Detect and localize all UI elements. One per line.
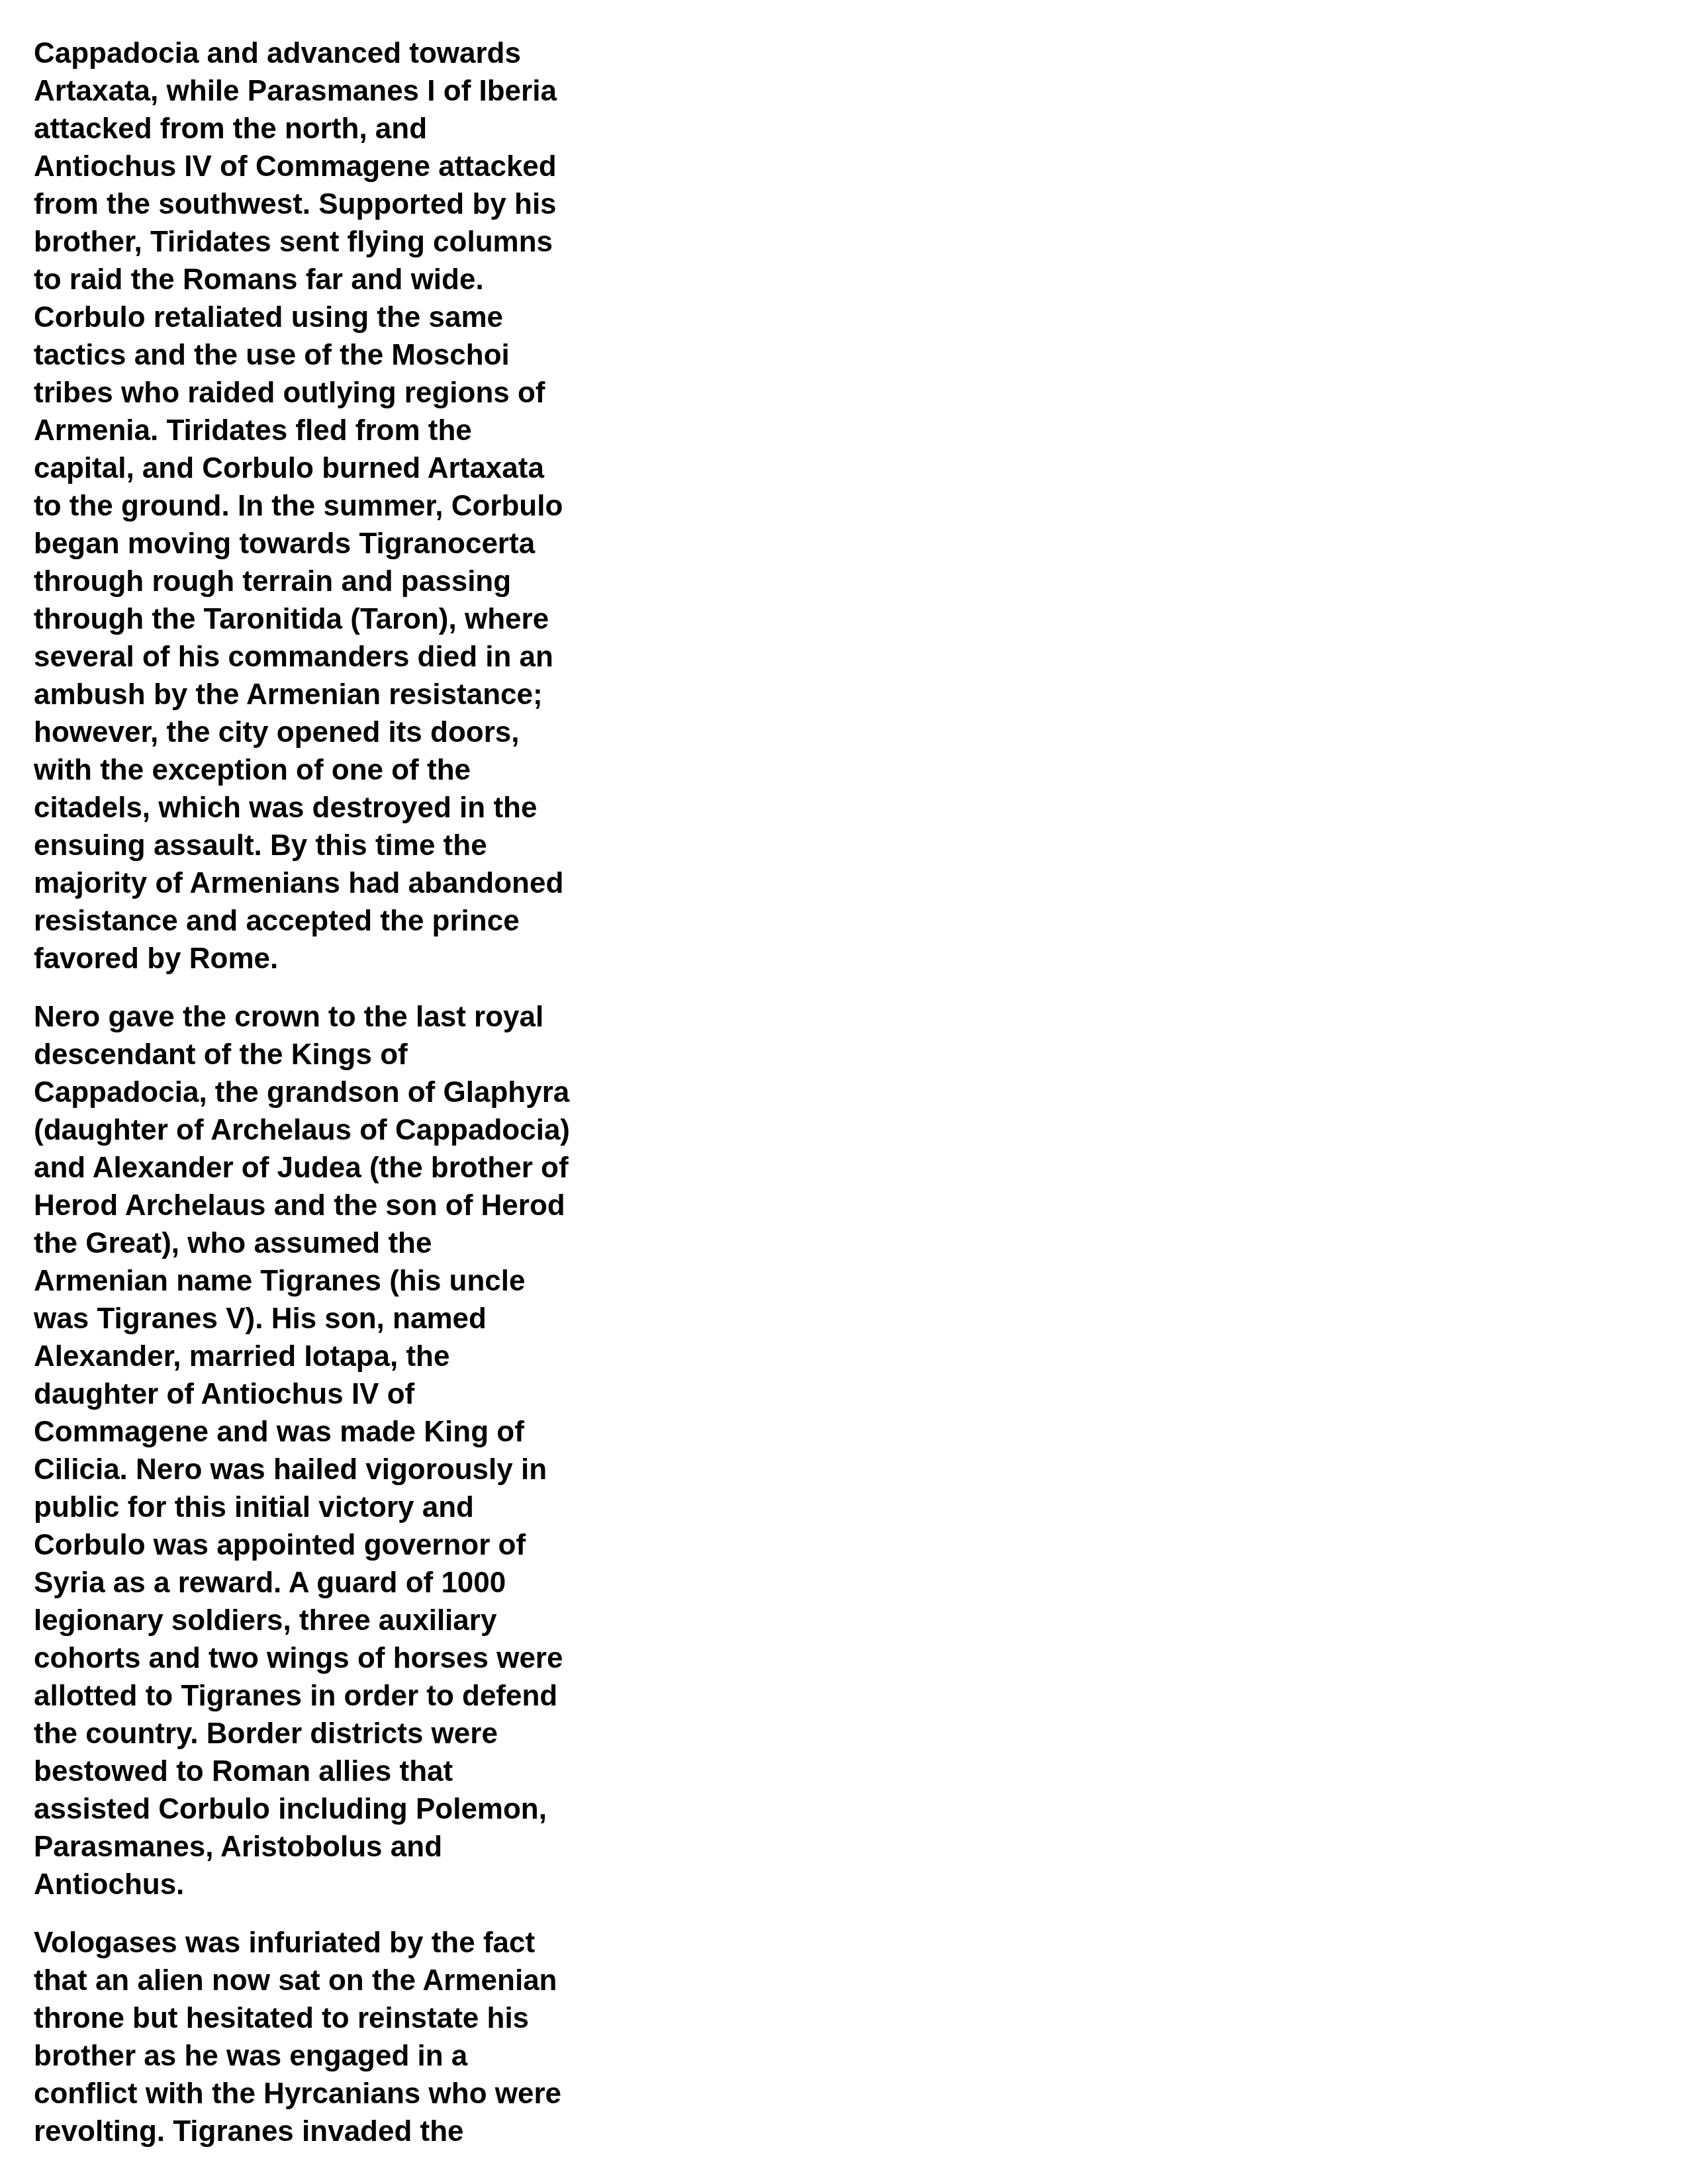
text-line: and Alexander of Judea (the brother of (34, 1149, 630, 1187)
text-line: cohorts and two wings of horses were (34, 1639, 630, 1677)
text-line: through the Taronitida (Taron), where (34, 600, 630, 638)
text-line: ensuing assault. By this time the (34, 827, 630, 864)
text-line: revolting. Tigranes invaded the (34, 2113, 630, 2150)
text-line: several of his commanders died in an (34, 638, 630, 676)
paragraph-3: Vologases was infuriated by the fact tha… (34, 1924, 630, 2150)
text-line: Corbulo retaliated using the same (34, 298, 630, 336)
text-line: citadels, which was destroyed in the (34, 789, 630, 827)
text-line: Vologases was infuriated by the fact (34, 1924, 630, 1962)
text-line: resistance and accepted the prince (34, 902, 630, 940)
text-line: bestowed to Roman allies that (34, 1752, 630, 1790)
text-line: Nero gave the crown to the last royal (34, 998, 630, 1036)
text-line: Antiochus. (34, 1866, 630, 1903)
text-line: to the ground. In the summer, Corbulo (34, 487, 630, 525)
text-line: throne but hesitated to reinstate his (34, 1999, 630, 2037)
text-line: brother, Tiridates sent flying columns (34, 223, 630, 261)
text-line: Corbulo was appointed governor of (34, 1526, 630, 1564)
text-line: allotted to Tigranes in order to defend (34, 1677, 630, 1715)
text-line: Commagene and was made King of (34, 1413, 630, 1451)
text-line: ambush by the Armenian resistance; (34, 676, 630, 713)
text-line: Alexander, married Iotapa, the (34, 1338, 630, 1375)
text-line: public for this initial victory and (34, 1488, 630, 1526)
text-line: brother as he was engaged in a (34, 2037, 630, 2075)
text-line: favored by Rome. (34, 940, 630, 978)
document-page: Cappadocia and advanced towards Artaxata… (34, 34, 630, 2171)
text-line: majority of Armenians had abandoned (34, 864, 630, 902)
paragraph-2: Nero gave the crown to the last royal de… (34, 998, 630, 1903)
text-line: Herod Archelaus and the son of Herod (34, 1187, 630, 1224)
text-line: Parasmanes, Aristobolus and (34, 1828, 630, 1866)
text-line: began moving towards Tigranocerta (34, 525, 630, 563)
text-line: assisted Corbulo including Polemon, (34, 1790, 630, 1828)
text-line: (daughter of Archelaus of Cappadocia) (34, 1111, 630, 1149)
text-line: Artaxata, while Parasmanes I of Iberia (34, 72, 630, 110)
text-line: was Tigranes V). His son, named (34, 1300, 630, 1338)
paragraph-1: Cappadocia and advanced towards Artaxata… (34, 34, 630, 978)
text-line: Antiochus IV of Commagene attacked (34, 148, 630, 185)
text-line: the country. Border districts were (34, 1715, 630, 1752)
text-line: Cilicia. Nero was hailed vigorously in (34, 1451, 630, 1488)
text-line: with the exception of one of the (34, 751, 630, 789)
text-line: capital, and Corbulo burned Artaxata (34, 449, 630, 487)
text-line: descendant of the Kings of (34, 1036, 630, 1073)
text-line: the Great), who assumed the (34, 1224, 630, 1262)
text-line: Armenia. Tiridates fled from the (34, 412, 630, 449)
text-line: Armenian name Tigranes (his uncle (34, 1262, 630, 1300)
text-line: to raid the Romans far and wide. (34, 261, 630, 298)
text-line: Syria as a reward. A guard of 1000 (34, 1564, 630, 1602)
text-line: Cappadocia, the grandson of Glaphyra (34, 1073, 630, 1111)
text-line: conflict with the Hyrcanians who were (34, 2075, 630, 2113)
text-line: however, the city opened its doors, (34, 713, 630, 751)
text-line: that an alien now sat on the Armenian (34, 1962, 630, 1999)
text-line: attacked from the north, and (34, 110, 630, 148)
text-line: daughter of Antiochus IV of (34, 1375, 630, 1413)
text-line: legionary soldiers, three auxiliary (34, 1602, 630, 1639)
text-line: from the southwest. Supported by his (34, 185, 630, 223)
text-line: tribes who raided outlying regions of (34, 374, 630, 412)
text-line: tactics and the use of the Moschoi (34, 336, 630, 374)
text-line: through rough terrain and passing (34, 563, 630, 600)
text-line: Cappadocia and advanced towards (34, 34, 630, 72)
